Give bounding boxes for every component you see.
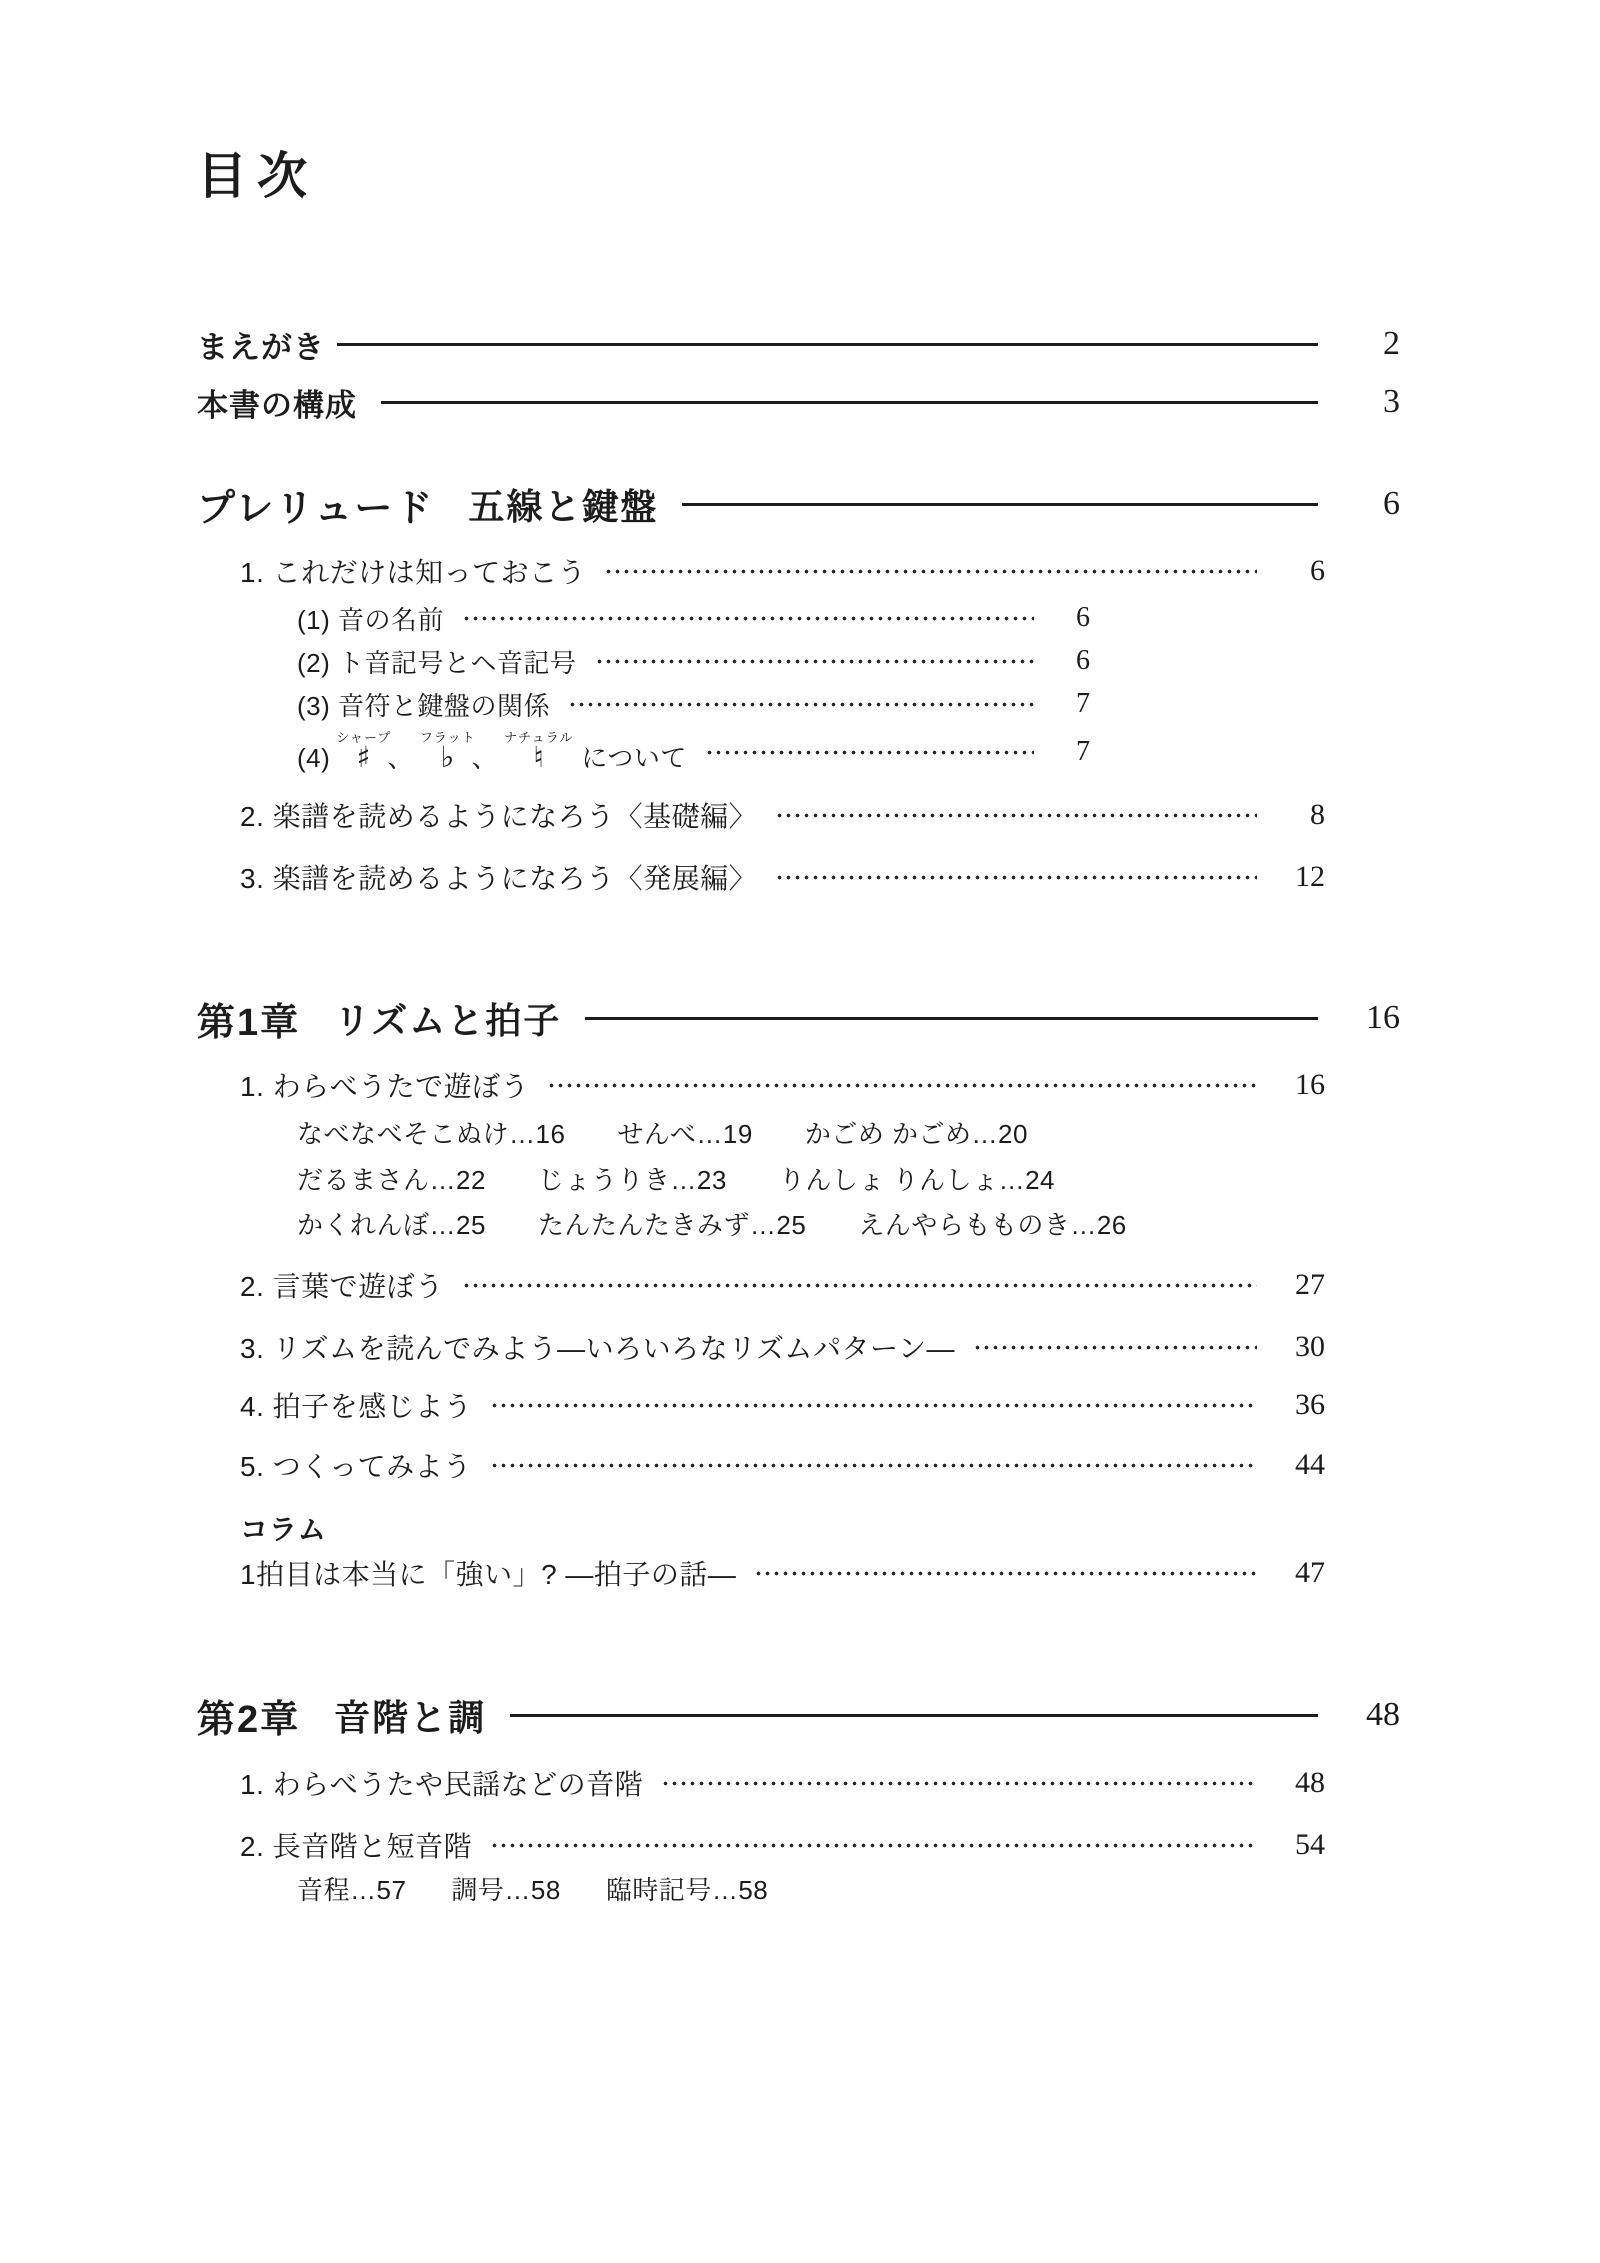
entry-label: まえがき	[197, 322, 325, 367]
entry-page: 36	[1269, 1388, 1325, 1422]
entry-page: 44	[1269, 1448, 1325, 1482]
section-title: リズムと拍子	[334, 993, 561, 1044]
entry-label: 1. これだけは知っておこう	[240, 551, 586, 591]
entry-page: 12	[1269, 860, 1325, 894]
entry-page: 27	[1269, 1268, 1325, 1302]
song-entry: かごめ かごめ…20	[805, 1114, 1028, 1151]
section-prefix: 第1章	[197, 991, 300, 1046]
toc-entry: 2. 長音階と短音階 54	[240, 1825, 1325, 1865]
entry-label: 1. わらべうたで遊ぼう	[240, 1065, 529, 1105]
sharp-symbol: ♯シャープ	[342, 743, 385, 773]
entry-page: 6	[1336, 485, 1400, 523]
toc-entry: 2. 楽譜を読めるようになろう〈基礎編〉 8	[240, 795, 1325, 835]
entry-page: 7	[1046, 736, 1090, 768]
dot-leader	[775, 795, 1257, 835]
dot-leader	[547, 1065, 1257, 1105]
entry-label: (1) 音の名前	[297, 600, 444, 637]
dot-leader	[490, 1445, 1257, 1485]
entry-label: 5. つくってみよう	[240, 1445, 472, 1485]
toc-entry: 2. 言葉で遊ぼう 27	[240, 1265, 1325, 1305]
dot-leader	[490, 1825, 1257, 1865]
toc-page: 目次 まえがき 2 本書の構成 3 プレリュード 五線と鍵盤 6 1. これだけ…	[0, 0, 1600, 2263]
song-entry: えんやらもものき…26	[858, 1205, 1126, 1242]
dot-leader	[462, 598, 1034, 638]
toc-entry: 1. わらべうたで遊ぼう 16	[240, 1065, 1325, 1105]
subtopic-entry: 臨時記号…58	[606, 1870, 768, 1907]
entry-label: 2. 言葉で遊ぼう	[240, 1265, 444, 1305]
toc-entry: 4. 拍子を感じよう 36	[240, 1385, 1325, 1425]
entry-page: 16	[1336, 999, 1400, 1037]
entry-page: 48	[1336, 1696, 1400, 1734]
flat-symbol: ♭フラット	[426, 743, 470, 773]
section-prefix: プレリュード	[197, 477, 434, 532]
section-title: 音階と調	[334, 1690, 486, 1741]
toc-subentry: (3) 音符と鍵盤の関係 7	[297, 684, 1090, 724]
entry-page: 2	[1336, 325, 1400, 363]
entry-number: (4)	[297, 743, 330, 773]
dot-leader	[705, 732, 1034, 772]
separator: 、	[472, 743, 499, 773]
dot-leader	[661, 1763, 1257, 1803]
entry-label: 3. 楽譜を読めるようになろう〈発展編〉	[240, 857, 757, 897]
toc-entry-column: 1拍目は本当に「強い」? ―拍子の話― 47	[240, 1553, 1325, 1593]
column-heading: コラム	[240, 1508, 327, 1548]
leader-rule	[682, 503, 1318, 506]
toc-entry: 3. リズムを読んでみよう―いろいろなリズムパターン― 30	[240, 1327, 1325, 1367]
toc-entry: 1. これだけは知っておこう 6	[240, 551, 1325, 591]
dot-leader	[604, 551, 1257, 591]
song-entry: じょうりき…23	[538, 1160, 727, 1197]
leader-rule	[337, 343, 1318, 346]
entry-label: 2. 楽譜を読めるようになろう〈基礎編〉	[240, 795, 757, 835]
entry-label-suffix: について	[581, 743, 686, 773]
entry-label: 2. 長音階と短音階	[240, 1825, 472, 1865]
toc-section-prelude: プレリュード 五線と鍵盤 6	[197, 478, 1400, 530]
dot-leader	[754, 1553, 1257, 1593]
entry-page: 6	[1046, 602, 1090, 634]
section-title: 五線と鍵盤	[468, 479, 658, 530]
entry-label: コラム	[240, 1508, 327, 1548]
entry-page: 6	[1046, 645, 1090, 677]
leader-rule	[585, 1017, 1318, 1020]
toc-subentry: (1) 音の名前 6	[297, 598, 1090, 638]
entry-label: (4)♯シャープ、♭フラット、♮ナチュラルについて	[297, 730, 687, 775]
toc-section-chapter2: 第2章 音階と調 48	[197, 1689, 1400, 1741]
dot-leader	[462, 1265, 1257, 1305]
entry-page: 8	[1269, 798, 1325, 832]
natural-symbol: ♮ナチュラル	[510, 743, 567, 773]
toc-entry: 3. 楽譜を読めるようになろう〈発展編〉 12	[240, 857, 1325, 897]
entry-page: 47	[1269, 1556, 1325, 1590]
toc-section-chapter1: 第1章 リズムと拍子 16	[197, 992, 1400, 1044]
toc-entry-kousei: 本書の構成 3	[197, 382, 1400, 422]
subtopic-entry: 音程…57	[297, 1870, 406, 1907]
leader-rule	[510, 1714, 1318, 1717]
entry-page: 16	[1269, 1068, 1325, 1102]
dot-leader	[595, 641, 1034, 681]
dot-leader	[490, 1385, 1257, 1425]
dot-leader	[775, 857, 1257, 897]
toc-subentry: (2) ト音記号とヘ音記号 6	[297, 641, 1090, 681]
entry-label: (3) 音符と鍵盤の関係	[297, 686, 550, 723]
entry-label: 1. わらべうたや民謡などの音階	[240, 1763, 643, 1803]
entry-label: 3. リズムを読んでみよう―いろいろなリズムパターン―	[240, 1327, 955, 1367]
section-prefix: 第2章	[197, 1688, 300, 1743]
entry-label: 4. 拍子を感じよう	[240, 1385, 472, 1425]
leader-rule	[381, 401, 1318, 404]
entry-label: 本書の構成	[197, 380, 357, 425]
song-entry: たんたんたきみず…25	[538, 1205, 806, 1242]
entry-page: 6	[1269, 554, 1325, 588]
song-entry: なべなべそこぬけ…16	[297, 1114, 565, 1151]
song-entry: りんしょ りんしょ…24	[779, 1160, 1055, 1197]
page-title: 目次	[197, 136, 317, 208]
dot-leader	[568, 684, 1034, 724]
entry-label: (2) ト音記号とヘ音記号	[297, 643, 577, 680]
entry-page: 30	[1269, 1330, 1325, 1364]
entry-page: 3	[1336, 383, 1400, 421]
subtopic-line: 音程…57 調号…58 臨時記号…58	[297, 1868, 768, 1908]
song-entry: だるまさん…22	[297, 1160, 486, 1197]
toc-subentry-accidentals: (4)♯シャープ、♭フラット、♮ナチュラルについて 7	[297, 732, 1090, 772]
separator: 、	[387, 743, 414, 773]
toc-entry-maegaki: まえがき 2	[197, 324, 1400, 364]
song-entry: せんべ…19	[617, 1114, 752, 1151]
song-list-line: かくれんぼ…25 たんたんたきみず…25 えんやらもものき…26	[297, 1203, 1127, 1243]
entry-page: 7	[1046, 688, 1090, 720]
toc-entry: 1. わらべうたや民謡などの音階 48	[240, 1763, 1325, 1803]
entry-page: 54	[1269, 1828, 1325, 1862]
song-entry: かくれんぼ…25	[297, 1205, 486, 1242]
entry-page: 48	[1269, 1766, 1325, 1800]
toc-entry: 5. つくってみよう 44	[240, 1445, 1325, 1485]
entry-label: 1拍目は本当に「強い」? ―拍子の話―	[240, 1553, 736, 1593]
dot-leader	[973, 1327, 1257, 1367]
song-list-line: だるまさん…22 じょうりき…23 りんしょ りんしょ…24	[297, 1158, 1055, 1198]
subtopic-entry: 調号…58	[451, 1870, 560, 1907]
song-list-line: なべなべそこぬけ…16 せんべ…19 かごめ かごめ…20	[297, 1112, 1028, 1152]
